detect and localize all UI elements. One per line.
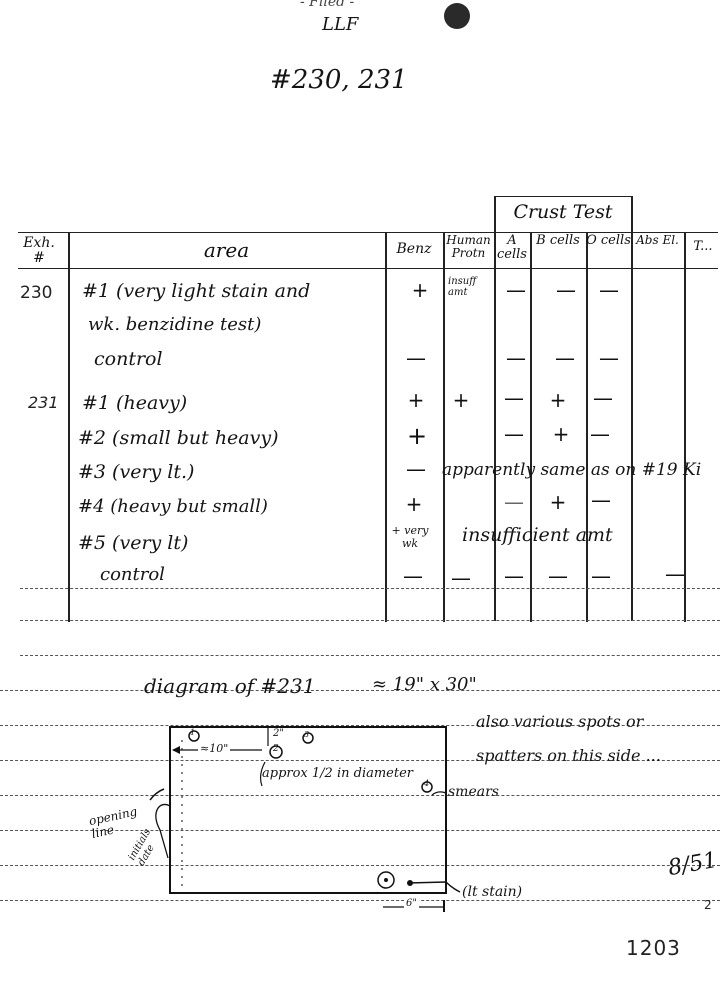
- margin-mark: 2: [704, 898, 712, 912]
- distance-left-label: ≈10": [198, 742, 230, 755]
- diameter-note: approx 1/2 in diameter: [262, 766, 413, 781]
- spot-number: 3: [304, 730, 309, 739]
- bottom-distance-label: 6": [404, 898, 419, 909]
- spot-number: 4: [424, 779, 429, 788]
- spot-number: 2: [273, 744, 279, 754]
- distance-top-label: 2": [273, 728, 284, 739]
- light-stain-label: (lt stain): [462, 884, 522, 900]
- page-number: 1203: [626, 936, 681, 960]
- spot-number: 1: [190, 728, 195, 737]
